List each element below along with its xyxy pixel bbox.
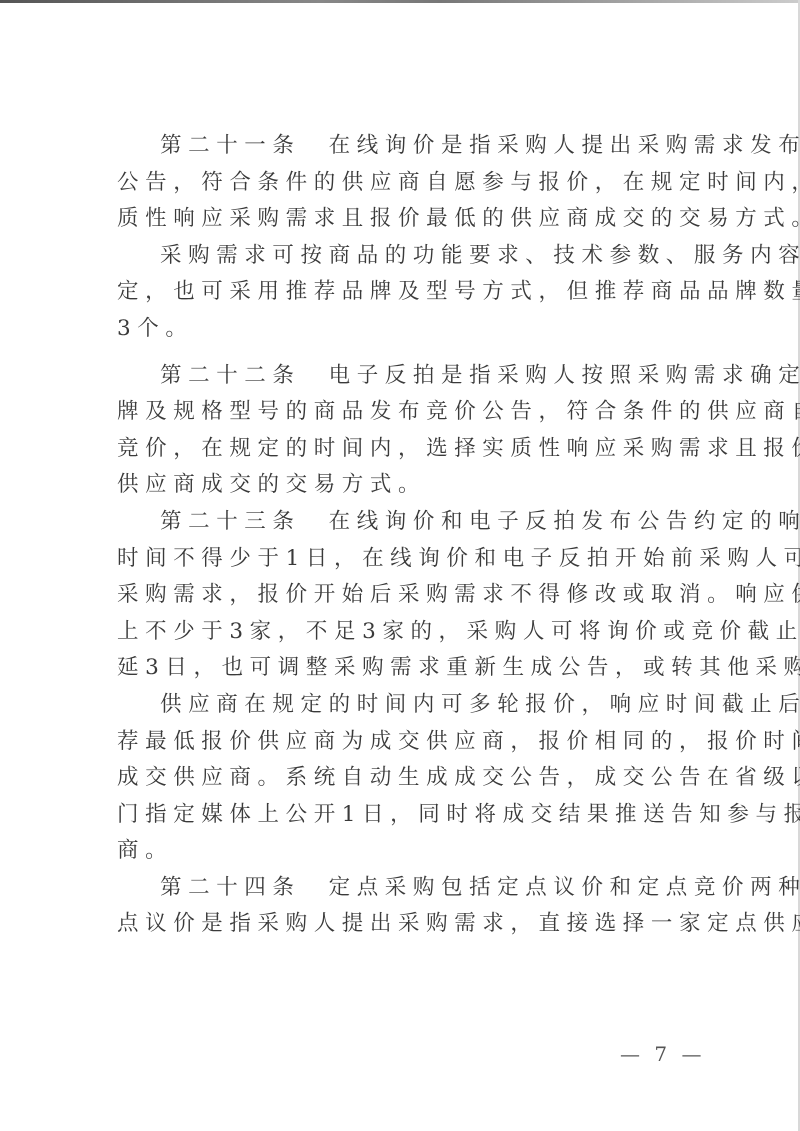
- text-line: 第二十四条 定点采购包括定点议价和定点竞价两种方式，定: [117, 870, 717, 907]
- text-line: 定，也可采用推荐品牌及型号方式，但推荐商品品牌数量不得少于: [117, 274, 717, 311]
- text-line: 第二十三条 在线询价和电子反拍发布公告约定的响应截止: [117, 504, 717, 541]
- text-line: 采购需求可按商品的功能要求、技术参数、服务内容要求等制: [117, 238, 717, 275]
- text-line: 上不少于3家，不足3家的，采购人可将询价或竞价截止时间顺: [117, 614, 717, 651]
- document-page: 第二十一条 在线询价是指采购人提出采购需求发布询价 公告，符合条件的供应商自愿参…: [117, 128, 717, 943]
- paragraph-article-21: 第二十一条 在线询价是指采购人提出采购需求发布询价 公告，符合条件的供应商自愿参…: [117, 128, 717, 238]
- scan-edge: [0, 0, 800, 3]
- text-line: 供应商成交的交易方式。: [117, 467, 717, 504]
- paragraph-gap: [117, 348, 717, 358]
- text-line: 竞价，在规定的时间内，选择实质性响应采购需求且报价最低的: [117, 431, 717, 468]
- text-line: 公告，符合条件的供应商自愿参与报价，在规定时间内，选择实: [117, 165, 717, 202]
- text-line: 商。: [117, 833, 717, 870]
- text-line: 第二十二条 电子反拍是指采购人按照采购需求确定一个品: [117, 358, 717, 395]
- text-line: 门指定媒体上公开1日，同时将成交结果推送告知参与报价的供应: [117, 797, 717, 834]
- text-line: 第二十一条 在线询价是指采购人提出采购需求发布询价: [117, 128, 717, 165]
- text-line: 荐最低报价供应商为成交供应商，报价相同的，报价时间较早者为: [117, 724, 717, 761]
- paragraph-article-24: 第二十四条 定点采购包括定点议价和定点竞价两种方式，定 点议价是指采购人提出采购…: [117, 870, 717, 943]
- text-line: 成交供应商。系统自动生成成交公告，成交公告在省级以上财政部: [117, 760, 717, 797]
- text-line: 供应商在规定的时间内可多轮报价，响应时间截止后，系统推: [117, 687, 717, 724]
- text-line: 质性响应采购需求且报价最低的供应商成交的交易方式。: [117, 201, 717, 238]
- text-line: 点议价是指采购人提出采购需求，直接选择一家定点供应商进行协: [117, 906, 717, 943]
- text-line: 牌及规格型号的商品发布竞价公告，符合条件的供应商自愿参与: [117, 394, 717, 431]
- text-line: 延3日，也可调整采购需求重新生成公告，或转其他采购方式采购。: [117, 650, 717, 687]
- text-line: 3个。: [117, 311, 717, 348]
- paragraph-article-21-para-2: 采购需求可按商品的功能要求、技术参数、服务内容要求等制 定，也可采用推荐品牌及型…: [117, 238, 717, 348]
- text-line: 时间不得少于1日，在线询价和电子反拍开始前采购人可以修改: [117, 541, 717, 578]
- page-number: — 7 —: [620, 1042, 705, 1066]
- text-line: 采购需求，报价开始后采购需求不得修改或取消。响应供应商原则: [117, 577, 717, 614]
- paragraph-article-23: 第二十三条 在线询价和电子反拍发布公告约定的响应截止 时间不得少于1日，在线询价…: [117, 504, 717, 687]
- paragraph-article-23-para-2: 供应商在规定的时间内可多轮报价，响应时间截止后，系统推 荐最低报价供应商为成交供…: [117, 687, 717, 870]
- paragraph-article-22: 第二十二条 电子反拍是指采购人按照采购需求确定一个品 牌及规格型号的商品发布竞价…: [117, 358, 717, 504]
